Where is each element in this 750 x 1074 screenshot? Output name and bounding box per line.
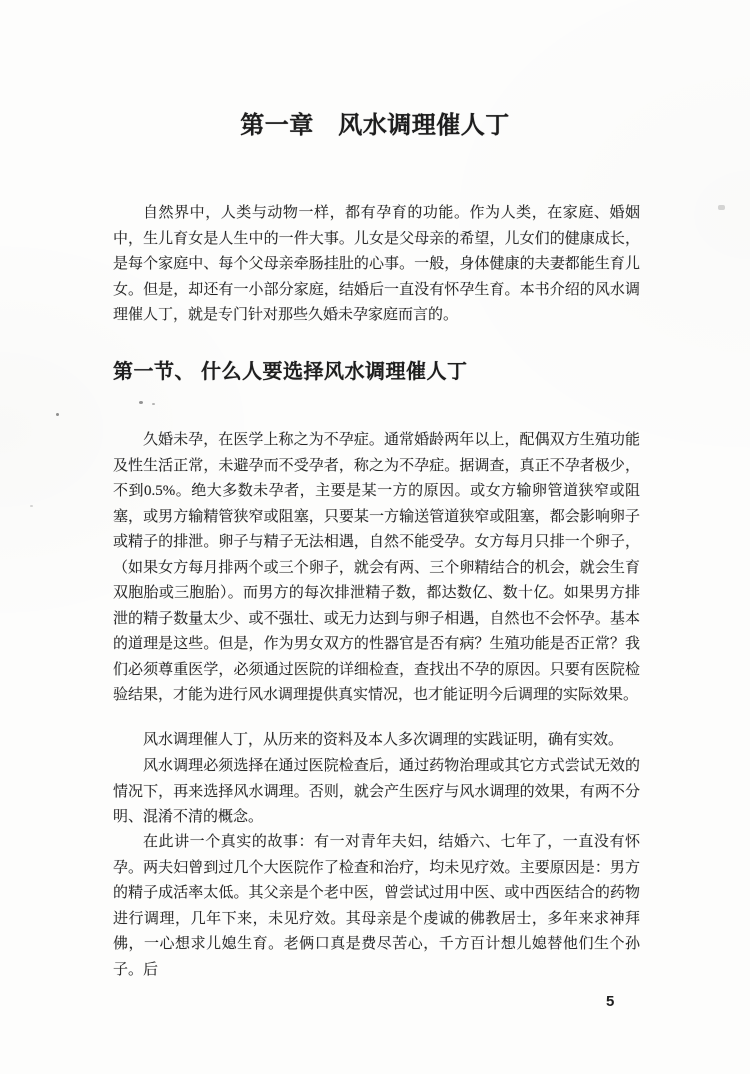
paragraph-when-to-choose: 风水调理必须选择在通过医院检查后，通过药物治理或其它方式尝试无效的情况下，再来选… [113, 754, 640, 831]
book-page: 第一章 风水调理催人丁 自然界中，人类与动物一样，都有孕育的功能。作为人类，在家… [0, 0, 750, 1074]
paragraph-intro: 自然界中，人类与动物一样，都有孕育的功能。作为人类，在家庭、婚姻中，生儿育女是人… [113, 201, 640, 329]
page-number: 5 [606, 993, 614, 1010]
scan-noise-speck [30, 505, 33, 507]
scan-noise-speck [152, 403, 155, 405]
section-heading: 第一节、 什么人要选择风水调理催人丁 [113, 359, 673, 385]
chapter-title: 第一章 风水调理催人丁 [0, 112, 750, 140]
paragraph-true-story: 在此讲一个真实的故事：有一对青年夫妇，结婚六、七年了，一直没有怀孕。两夫妇曾到过… [113, 830, 640, 983]
scan-noise-speck [56, 413, 59, 416]
paragraph-infertility-explanation: 久婚未孕，在医学上称之为不孕症。通常婚龄两年以上，配偶双方生殖功能及性生活正常，… [113, 428, 640, 709]
scan-noise-speck [139, 401, 143, 404]
paragraph-effectiveness: 风水调理催人丁，从历来的资料及本人多次调理的实践证明，确有实效。 [113, 728, 640, 754]
scan-noise-speck [718, 205, 725, 210]
